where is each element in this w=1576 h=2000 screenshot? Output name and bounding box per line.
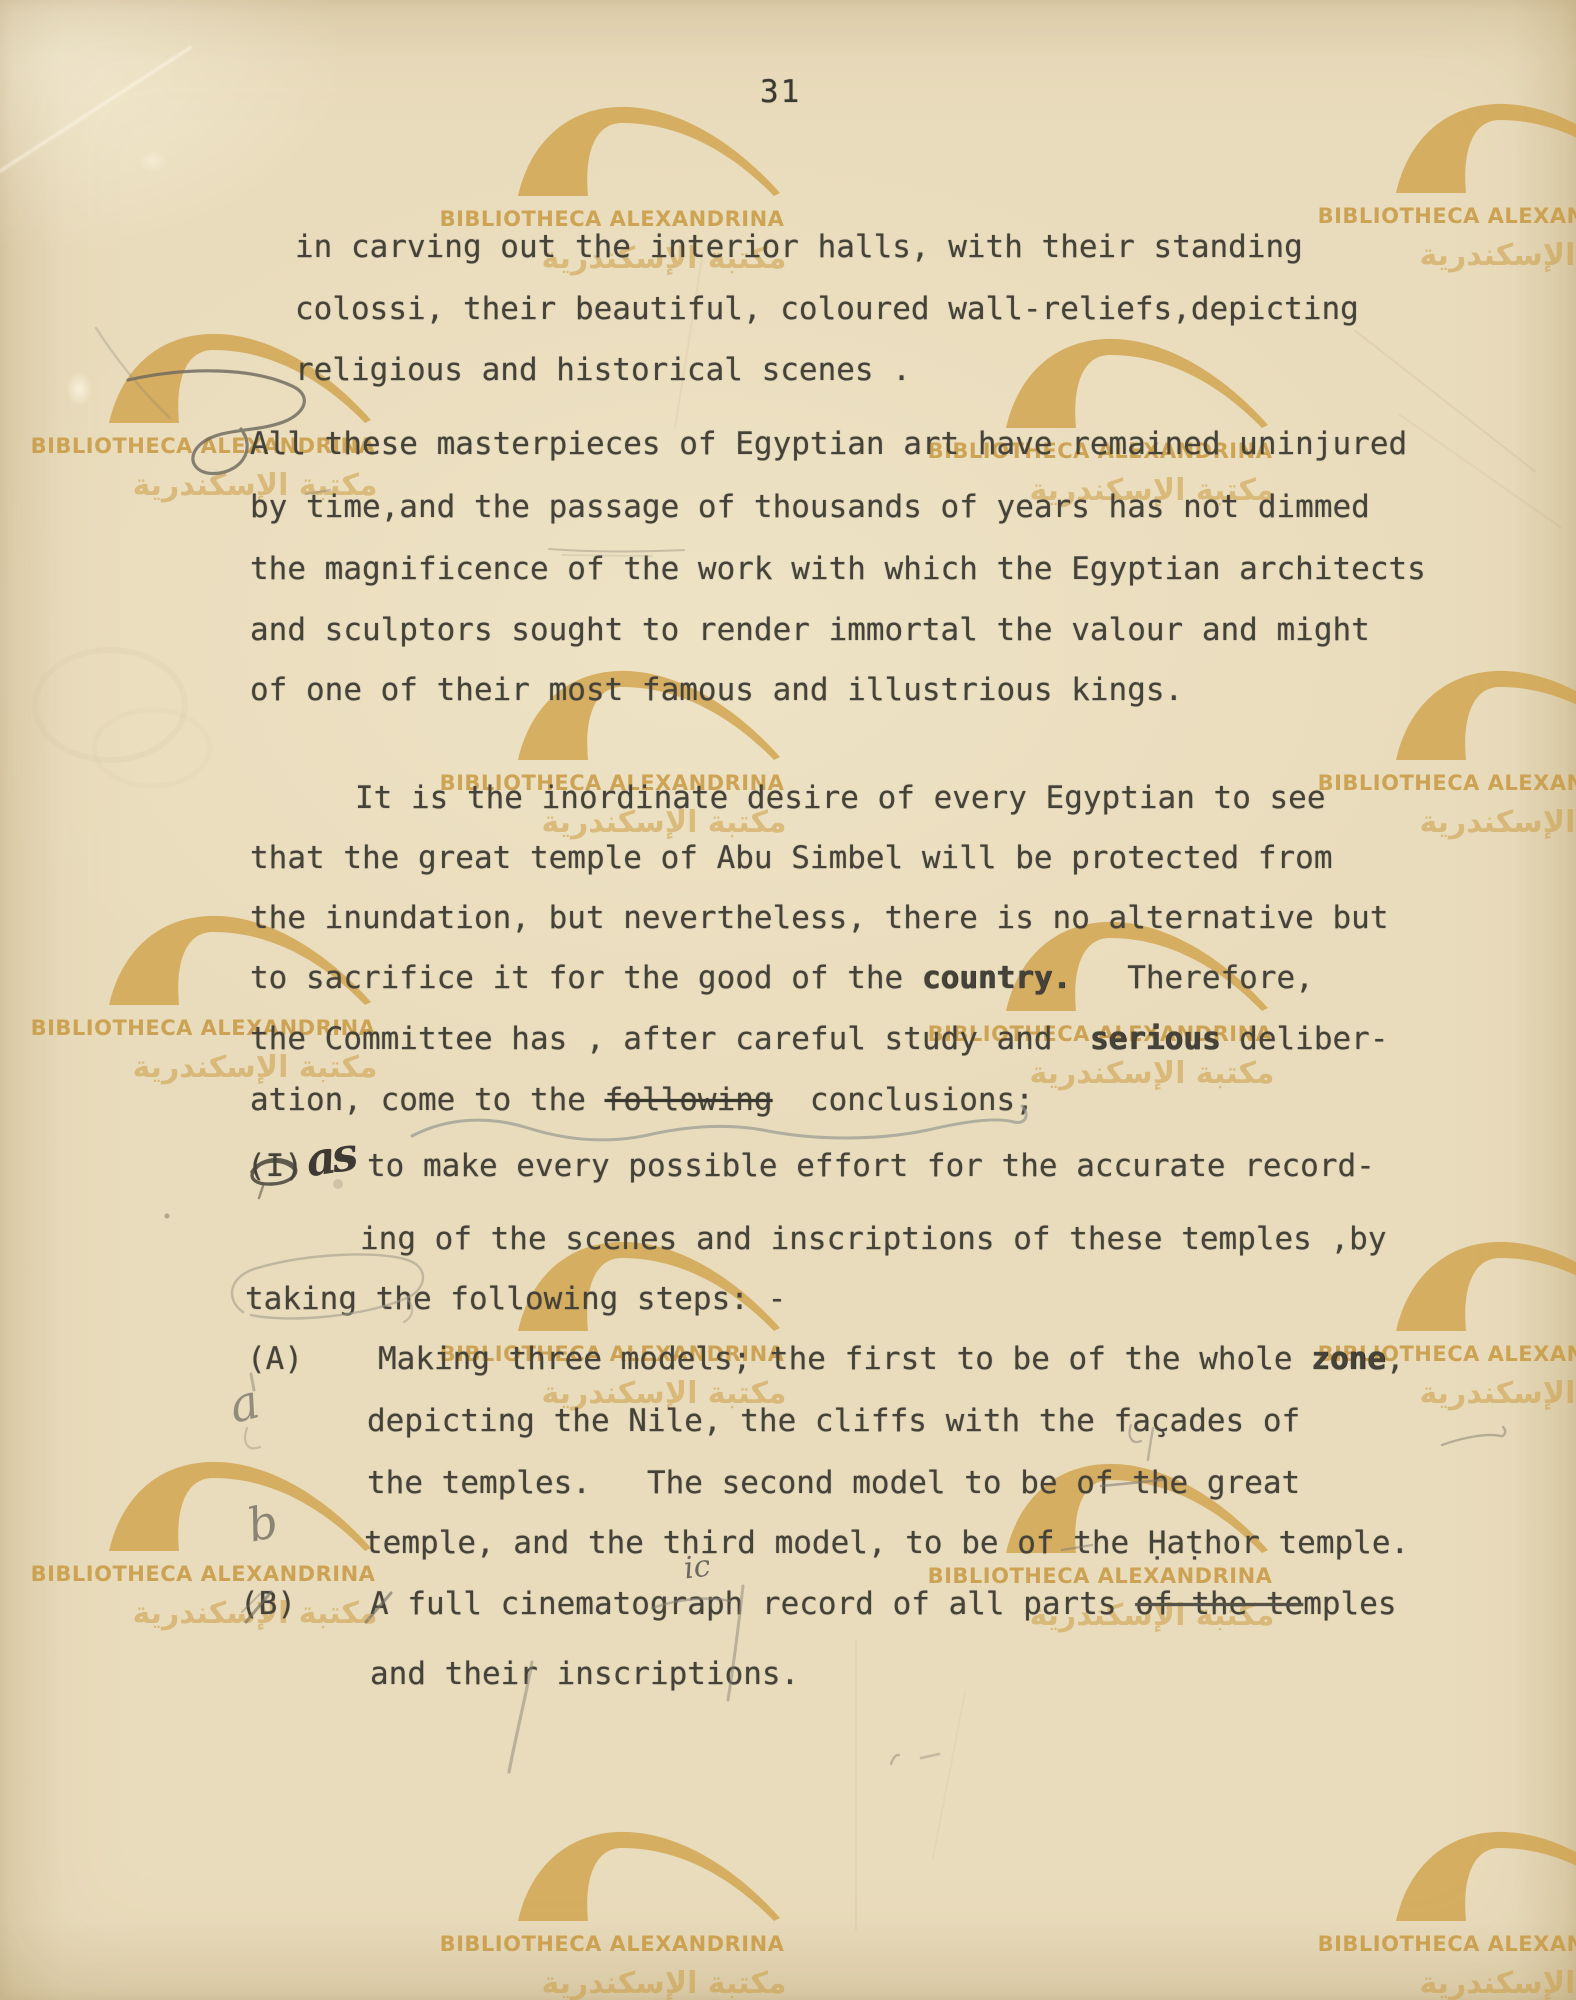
- watermark-arabic-text: مكتبة الإسكندرية: [1404, 805, 1576, 840]
- typed-line: temple, and the third model, to be of th…: [364, 1525, 1409, 1561]
- typed-segment: depicting the Nile, the cliffs with the …: [367, 1403, 1300, 1439]
- typed-segment: the Committee has , after careful study …: [250, 1021, 1090, 1057]
- typed-line: colossi, their beautiful, coloured wall-…: [295, 291, 1359, 327]
- watermark-latin-text: BIBLIOTHECA ALEXANDRINA: [422, 207, 802, 231]
- watermark: BIBLIOTHECA ALEXANDRINAمكتبة الإسكندرية: [910, 333, 1290, 508]
- typed-segment: conclusions;: [773, 1082, 1034, 1118]
- typed-line: to make every possible effort for the ac…: [367, 1148, 1375, 1184]
- watermark: BIBLIOTHECA ALEXANDRINAمكتبة الإسكندرية: [1300, 1826, 1576, 2000]
- typed-line: ation, come to the following conclusions…: [250, 1082, 1034, 1118]
- typed-line: depicting the Nile, the cliffs with the …: [367, 1403, 1300, 1439]
- typed-segment: to sacrifice it for the good of the: [250, 960, 922, 996]
- typed-segment: mples: [1303, 1586, 1396, 1622]
- watermark-latin-text: BIBLIOTHECA ALEXANDRINA: [1300, 771, 1576, 795]
- bibliotheca-logo-icon: [518, 101, 780, 197]
- watermark-latin-text: BIBLIOTHECA ALEXANDRINA: [1300, 204, 1576, 228]
- document-scan-page: BIBLIOTHECA ALEXANDRINAمكتبة الإسكندريةB…: [0, 0, 1576, 2000]
- watermark-arabic-text: مكتبة الإسكندرية: [1404, 238, 1576, 273]
- bibliotheca-logo-icon: [109, 1456, 371, 1552]
- typed-segment: in carving out the interior halls, with …: [295, 229, 1303, 265]
- typed-segment: serious: [1090, 1021, 1221, 1057]
- bibliotheca-logo-icon: [1396, 665, 1576, 761]
- typed-segment: Making three models; the first to be of …: [378, 1341, 1311, 1377]
- bibliotheca-logo-icon: [518, 1826, 780, 1922]
- paper-damage-spot: [138, 150, 168, 172]
- typed-line: It is the inordinate desire of every Egy…: [355, 780, 1326, 816]
- watermark: BIBLIOTHECA ALEXANDRINAمكتبة الإسكندرية: [1300, 665, 1576, 840]
- typed-line: (A): [247, 1341, 303, 1377]
- typed-line: to sacrifice it for the good of the coun…: [250, 960, 1314, 996]
- watermark-arabic-text: مكتبة الإسكندرية: [526, 1966, 802, 2000]
- bibliotheca-logo-icon: [1006, 333, 1268, 429]
- watermark-arabic-text: مكتبة الإسكندرية: [1014, 1056, 1290, 1091]
- typed-segment: country.: [922, 960, 1071, 996]
- pencil-margin-letter-b: b: [243, 1494, 283, 1553]
- typed-segment: deliber-: [1221, 1021, 1389, 1057]
- typed-line: Making three models; the first to be of …: [378, 1341, 1405, 1377]
- typed-line: All these masterpieces of Egyptian art h…: [250, 426, 1407, 462]
- typed-segment: religious and historical scenes .: [295, 352, 911, 388]
- typed-segment: taking the following steps: -: [245, 1281, 786, 1317]
- typed-segment: and sculptors sought to render immortal …: [250, 612, 1370, 648]
- typed-line: (I): [247, 1148, 303, 1184]
- typed-line: religious and historical scenes .: [295, 352, 911, 388]
- paper-crease: [932, 1691, 966, 1858]
- typed-line: (B): [240, 1586, 296, 1622]
- typed-line: taking the following steps: -: [245, 1281, 786, 1317]
- typed-line: and their inscriptions.: [370, 1656, 799, 1692]
- typed-line: A full cinematograph record of all parts…: [370, 1586, 1397, 1622]
- watermark-arabic-text: مكتبة الإسكندرية: [1404, 1966, 1576, 2000]
- typed-line: the Committee has , after careful study …: [250, 1021, 1389, 1057]
- watermark-arabic-text: مكتبة الإسكندرية: [1404, 1376, 1576, 1411]
- typed-line: the magnificence of the work with which …: [250, 551, 1426, 587]
- typed-segment: ,: [1386, 1341, 1405, 1377]
- typed-segment: of the te: [1135, 1586, 1303, 1622]
- bibliotheca-logo-icon: [1396, 98, 1576, 194]
- typed-line: the inundation, but nevertheless, there …: [250, 900, 1388, 936]
- typed-segment: All these masterpieces of Egyptian art h…: [250, 426, 1407, 462]
- paper-crease: [1398, 413, 1563, 529]
- typed-segment: A full cinematograph record of all parts: [370, 1586, 1135, 1622]
- page-number: 31: [760, 74, 801, 110]
- typed-line: of one of their most famous and illustri…: [250, 672, 1183, 708]
- typed-line: the temples. The second model to be of t…: [367, 1465, 1300, 1501]
- typed-segment: ing of the scenes and inscriptions of th…: [360, 1221, 1387, 1257]
- typed-segment: of one of their most famous and illustri…: [250, 672, 1183, 708]
- paper-crease: [674, 251, 704, 429]
- typed-line: and sculptors sought to render immortal …: [250, 612, 1370, 648]
- typed-segment: colossi, their beautiful, coloured wall-…: [295, 291, 1359, 327]
- typed-segment: that the great temple of Abu Simbel will…: [250, 840, 1333, 876]
- typed-segment: the temples. The second model to be of t…: [367, 1465, 1300, 1501]
- watermark: BIBLIOTHECA ALEXANDRINAمكتبة الإسكندرية: [422, 1826, 802, 2000]
- typed-segment: the inundation, but nevertheless, there …: [250, 900, 1388, 936]
- typed-segment: (B): [240, 1586, 296, 1622]
- typed-segment: (A): [247, 1341, 303, 1377]
- paper-crease: [855, 1640, 857, 1930]
- typed-segment: zone: [1311, 1341, 1386, 1377]
- pencil-margin-letter-a: a: [224, 1373, 265, 1434]
- watermark: BIBLIOTHECA ALEXANDRINAمكتبة الإسكندرية: [1300, 98, 1576, 273]
- typed-line: in carving out the interior halls, with …: [295, 229, 1303, 265]
- pencil-insertion-as: as: [302, 1127, 358, 1188]
- typed-segment: Therefore,: [1071, 960, 1314, 996]
- paper-damage-spot: [66, 372, 92, 406]
- typed-segment: ation, come to the: [250, 1082, 605, 1118]
- watermark: BIBLIOTHECA ALEXANDRINAمكتبة الإسكندرية: [13, 910, 393, 1085]
- watermark-latin-text: BIBLIOTHECA ALEXANDRINA: [910, 1564, 1290, 1588]
- watermark: BIBLIOTHECA ALEXANDRINAمكتبة الإسكندرية: [1300, 1236, 1576, 1411]
- typed-line: by time,and the passage of thousands of …: [250, 489, 1370, 525]
- typed-segment: and their inscriptions.: [370, 1656, 799, 1692]
- typed-segment: It is the inordinate desire of every Egy…: [355, 780, 1326, 816]
- typed-segment: temple, and the third model, to be of th…: [364, 1525, 1409, 1561]
- typed-line: that the great temple of Abu Simbel will…: [250, 840, 1333, 876]
- watermark-latin-text: BIBLIOTHECA ALEXANDRINA: [1300, 1932, 1576, 1956]
- bibliotheca-logo-icon: [1396, 1236, 1576, 1332]
- watermark-latin-text: BIBLIOTHECA ALEXANDRINA: [422, 1932, 802, 1956]
- bibliotheca-logo-icon: [1396, 1826, 1576, 1922]
- watermark: BIBLIOTHECA ALEXANDRINAمكتبة الإسكندرية: [910, 916, 1290, 1091]
- typed-segment: by time,and the passage of thousands of …: [250, 489, 1370, 525]
- typed-segment: following: [605, 1082, 773, 1118]
- watermark-latin-text: BIBLIOTHECA ALEXANDRINA: [13, 1562, 393, 1586]
- watermark: BIBLIOTHECA ALEXANDRINAمكتبة الإسكندرية: [422, 1236, 802, 1411]
- typed-segment: the magnificence of the work with which …: [250, 551, 1426, 587]
- typed-segment: to make every possible effort for the ac…: [367, 1148, 1375, 1184]
- typed-segment: (I): [247, 1148, 303, 1184]
- typed-line: ing of the scenes and inscriptions of th…: [360, 1221, 1387, 1257]
- watermark: BIBLIOTHECA ALEXANDRINAمكتبة الإسكندرية: [13, 1456, 393, 1631]
